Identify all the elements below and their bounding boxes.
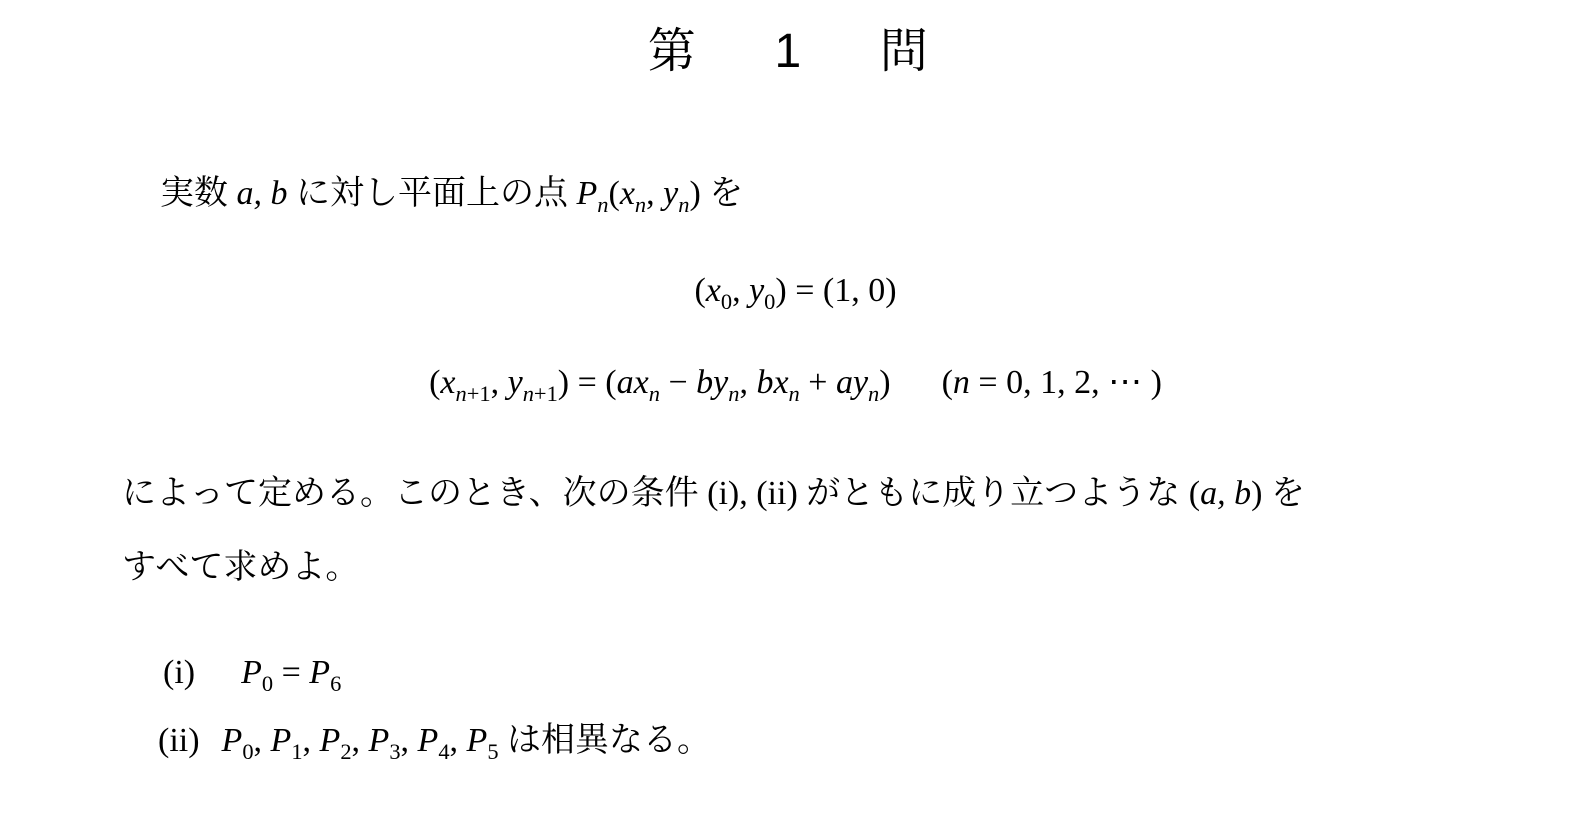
condition-i: (i)P0 = P6: [163, 653, 341, 694]
equation-recurrence: (xn+1, yn+1) = (axn − byn, bxn + ayn) (n…: [0, 362, 1591, 402]
problem-title: 第 1 問: [0, 12, 1591, 81]
condition-ii-label: (ii): [158, 721, 200, 762]
condition-i-label: (i): [163, 653, 195, 694]
equation-initial-condition: (x0, y0) = (1, 0): [0, 272, 1591, 310]
intro-line: 実数 a, b に対し平面上の点 Pn(xn, yn) を: [160, 174, 743, 215]
exam-problem-page: 第 1 問 実数 a, b に対し平面上の点 Pn(xn, yn) を (x0,…: [0, 0, 1591, 829]
body-line-1: によって定める。このとき、次の条件 (i), (ii) がともに成り立つような …: [122, 474, 1305, 515]
condition-i-statement: P0 = P6: [241, 654, 341, 691]
condition-ii-statement: P0, P1, P2, P3, P4, P5 は相異なる。: [222, 722, 712, 759]
body-line-2: すべて求めよ。: [122, 548, 359, 589]
condition-ii: (ii)P0, P1, P2, P3, P4, P5 は相異なる。: [158, 721, 711, 762]
